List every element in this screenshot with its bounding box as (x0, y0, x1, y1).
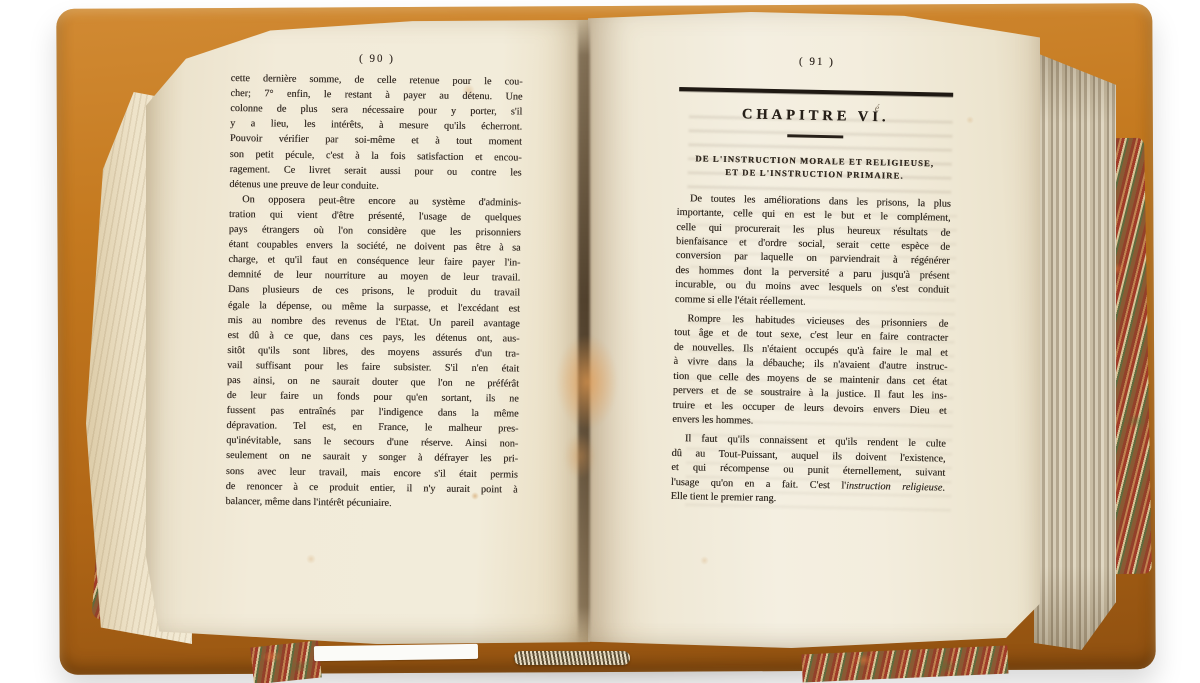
right-page-body: De toutes les améliorations dans les pri… (671, 192, 951, 510)
handwritten-mark: é (875, 102, 880, 116)
spine-headband (514, 651, 630, 665)
chapter-heading: CHAPITRE VI. (679, 106, 953, 126)
paragraph: On opposera peut-être encore au système … (225, 192, 521, 513)
foxing-spot (700, 556, 709, 565)
left-page-text: ( 90 ) cette dernière somme, de celle re… (225, 50, 523, 512)
right-page-text: ( 91 ) é CHAPITRE VI. DE L'INSTRUCTION M… (671, 52, 954, 510)
left-page-number: ( 90 ) (231, 50, 523, 69)
paragraph: cette dernière somme, de celle retenue p… (229, 71, 522, 195)
foxing-spot (306, 554, 316, 564)
paragraph: Il faut qu'ils connaissent et qu'ils ren… (671, 432, 946, 510)
paragraph: De toutes les améliorations dans les pri… (675, 192, 951, 313)
paragraph: Rompre les habitudes vicieuses des priso… (672, 312, 948, 433)
gutter-stain-small (558, 424, 602, 488)
marbled-board-bottom-left (250, 641, 321, 683)
book-photograph: ( 90 ) cette dernière somme, de celle re… (0, 0, 1200, 683)
chapter-subtitle: DE L'INSTRUCTION MORALE ET RELIGIEUSE, E… (677, 152, 951, 184)
paper-slip (314, 644, 478, 661)
chapter-rule (787, 134, 843, 138)
foxing-spot (966, 116, 974, 124)
header-rule (679, 87, 953, 97)
right-page-edges (1034, 52, 1116, 650)
